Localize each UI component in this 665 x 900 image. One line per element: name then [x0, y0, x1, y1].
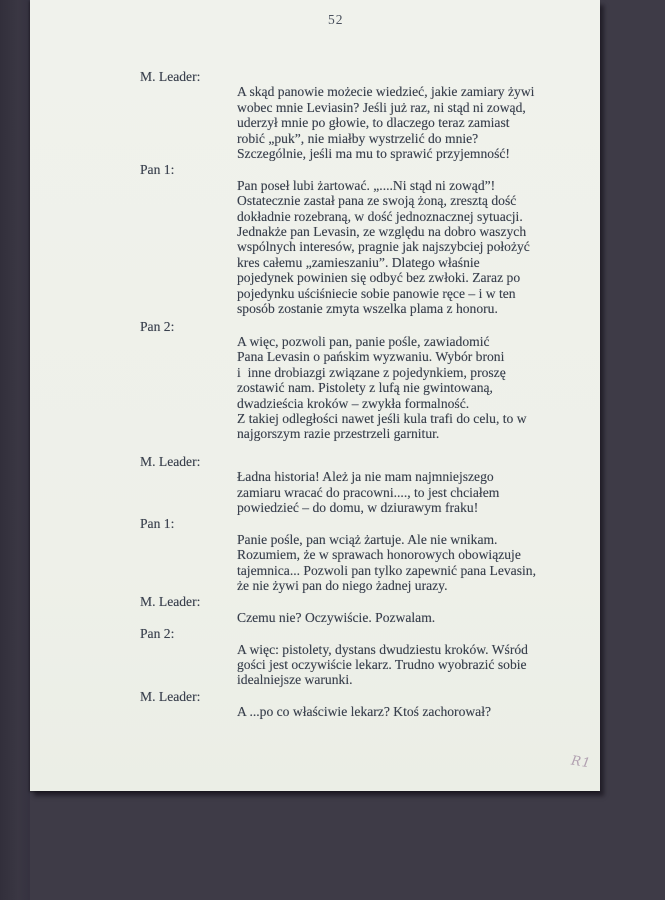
dialogue-entry: Pan 2: A więc: pistolety, dystans dwudzi…: [140, 626, 590, 688]
dialogue-text: A więc: pistolety, dystans dwudziestu kr…: [237, 642, 590, 688]
speaker-label: M. Leader:: [140, 689, 590, 704]
speaker-label: Pan 1:: [140, 516, 590, 531]
speaker-label: Pan 2:: [140, 319, 590, 334]
dialogue-list: M. Leader: A skąd panowie możecie wiedzi…: [140, 69, 590, 721]
speaker-label: M. Leader:: [140, 594, 590, 609]
dialogue-entry: Pan 1: Panie pośle, pan wciąż żartuje. A…: [140, 516, 590, 593]
dialogue-text: Czemu nie? Oczywiście. Pozwalam.: [237, 610, 590, 625]
speaker-label: M. Leader:: [140, 454, 590, 469]
speaker-label: M. Leader:: [140, 69, 590, 84]
dialogue-entry: M. Leader: A ...po co właściwie lekarz? …: [140, 689, 590, 720]
page-number: 52: [328, 12, 344, 28]
dialogue-entry: Pan 1: Pan poseł lubi żartować. „....Ni …: [140, 162, 590, 316]
dialogue-text: Panie pośle, pan wciąż żartuje. Ale nie …: [237, 532, 590, 594]
dialogue-entry: M. Leader: Czemu nie? Oczywiście. Pozwal…: [140, 594, 590, 625]
dialogue-entry: M. Leader: A skąd panowie możecie wiedzi…: [140, 69, 590, 161]
speaker-label: Pan 1:: [140, 162, 590, 177]
dialogue-entry: M. Leader: Ładna historia! Ależ ja nie m…: [140, 454, 590, 516]
handwritten-mark: R1: [570, 754, 592, 772]
dialogue-text: Pan poseł lubi żartować. „....Ni stąd ni…: [237, 178, 590, 317]
speaker-label: Pan 2:: [140, 626, 590, 641]
dialogue-text: A skąd panowie możecie wiedzieć, jakie z…: [237, 84, 590, 161]
dialogue-text: Ładna historia! Ależ ja nie mam najmniej…: [237, 469, 590, 515]
dialogue-text: A więc, pozwoli pan, panie pośle, zawiad…: [237, 334, 590, 442]
dialogue-text: A ...po co właściwie lekarz? Ktoś zachor…: [237, 704, 590, 719]
dialogue-entry: Pan 2: A więc, pozwoli pan, panie pośle,…: [140, 319, 590, 442]
document-page: 52 M. Leader: A skąd panowie możecie wie…: [30, 0, 600, 791]
